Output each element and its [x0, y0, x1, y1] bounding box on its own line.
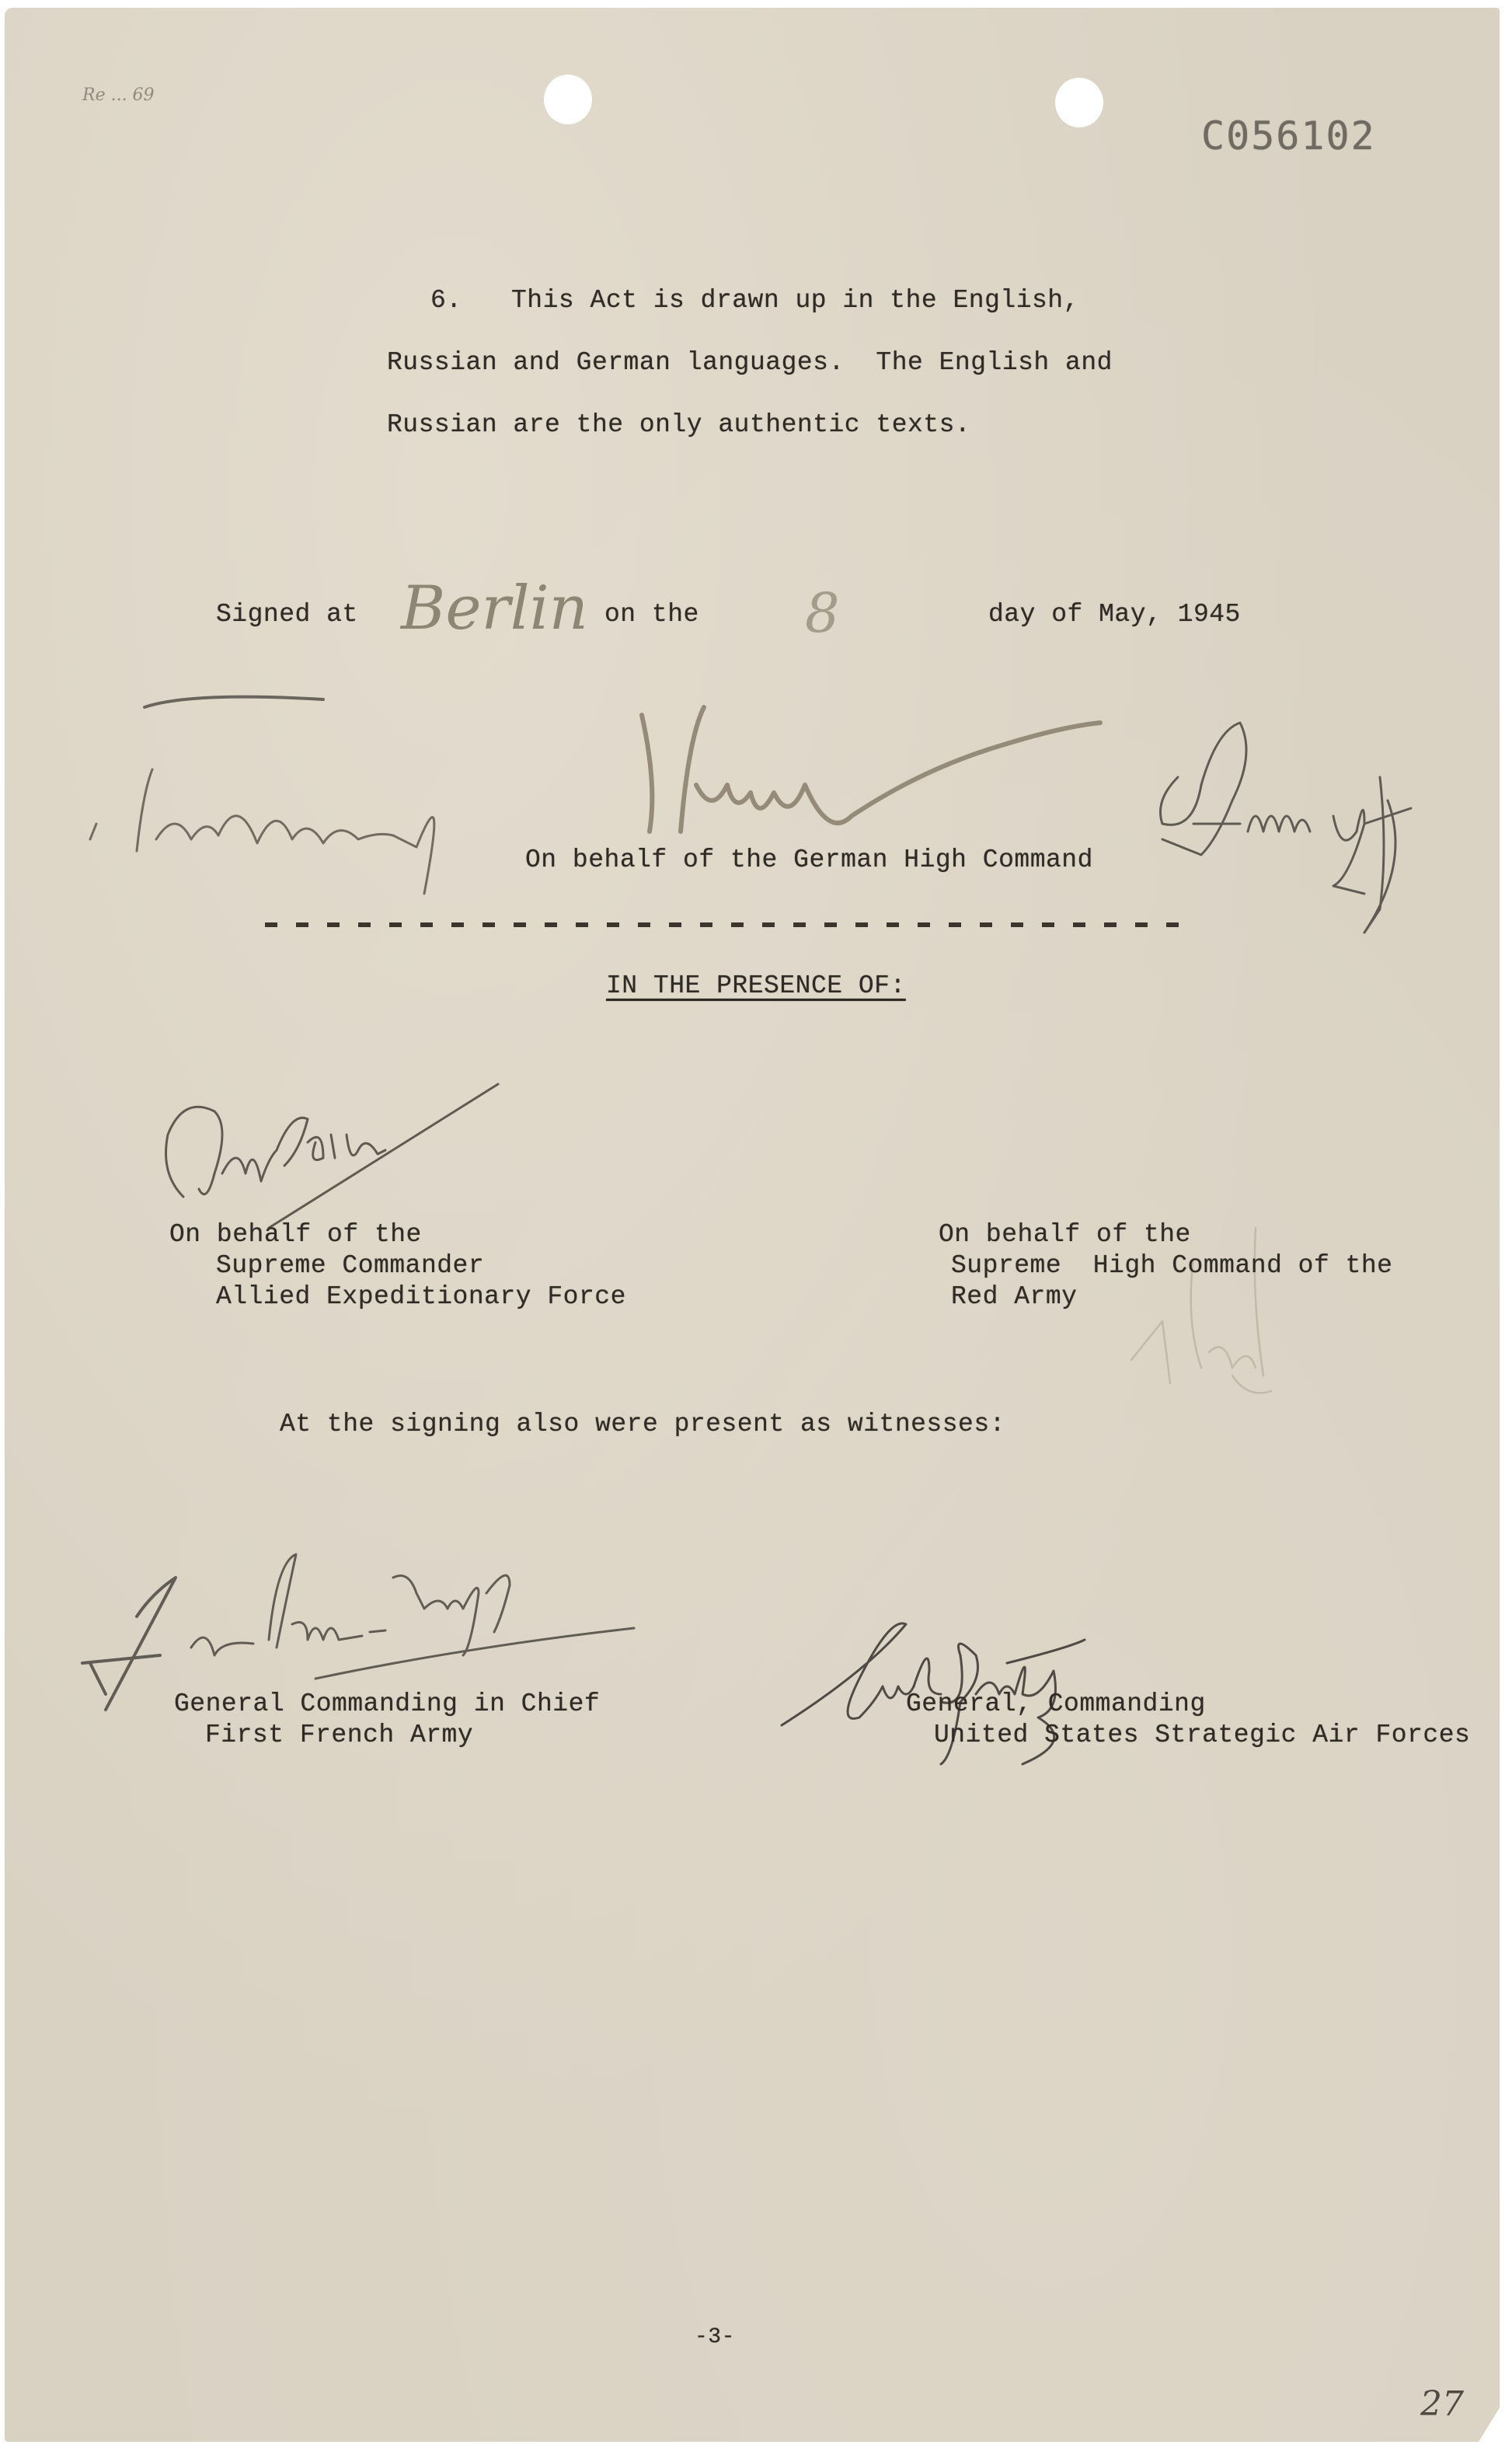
page-number: -3-: [695, 2327, 735, 2349]
corner-note: Re ... 69: [82, 85, 155, 105]
paragraph-line-3: Russian are the only authentic texts.: [387, 412, 970, 438]
document-stamp-number: C056102: [1201, 117, 1376, 155]
presence-right-line-1: On behalf of the: [939, 1222, 1191, 1247]
paragraph-line-1: This Act is drawn up in the English,: [511, 288, 1079, 313]
witness-left-line-1: General Commanding in Chief: [174, 1691, 600, 1717]
presence-heading: IN THE PRESENCE OF:: [606, 973, 906, 999]
presence-left-line-3: Allied Expeditionary Force: [216, 1284, 626, 1309]
on-the-label: on the: [604, 602, 699, 627]
signature-keitel: [595, 692, 1139, 847]
german-high-command-caption: On behalf of the German High Command: [525, 847, 1093, 873]
punch-hole-right: [1055, 78, 1103, 127]
signature-friedeburg: [82, 684, 517, 917]
signed-place-handwritten: Berlin: [401, 574, 588, 643]
signed-at-label: Signed at: [216, 602, 358, 627]
punch-hole-left: [544, 75, 592, 124]
date-suffix: day of May, 1945: [988, 602, 1241, 627]
presence-left-line-2: Supreme Commander: [216, 1253, 484, 1278]
witness-right-line-1: General, Commanding: [906, 1691, 1206, 1717]
dashed-divider: [265, 922, 1190, 927]
witnesses-intro: At the signing also were present as witn…: [280, 1411, 1005, 1437]
archive-folio-number: 27: [1420, 2384, 1464, 2424]
presence-right-line-2: Supreme High Command of the: [951, 1253, 1393, 1278]
paragraph-number: 6.: [430, 288, 462, 313]
presence-right-line-3: Red Army: [951, 1284, 1077, 1309]
signed-day-handwritten: 8: [805, 581, 840, 645]
presence-left-line-1: On behalf of the: [169, 1222, 422, 1247]
witness-right-line-2: United States Strategic Air Forces: [934, 1722, 1470, 1748]
document-page: Re ... 69 C056102 6. This Act is drawn u…: [5, 8, 1500, 2442]
witness-left-line-2: First French Army: [205, 1722, 473, 1748]
signature-tedder: [152, 1080, 525, 1236]
signature-stumpff: [1131, 707, 1442, 940]
paragraph-line-2: Russian and German languages. The Englis…: [387, 350, 1113, 375]
